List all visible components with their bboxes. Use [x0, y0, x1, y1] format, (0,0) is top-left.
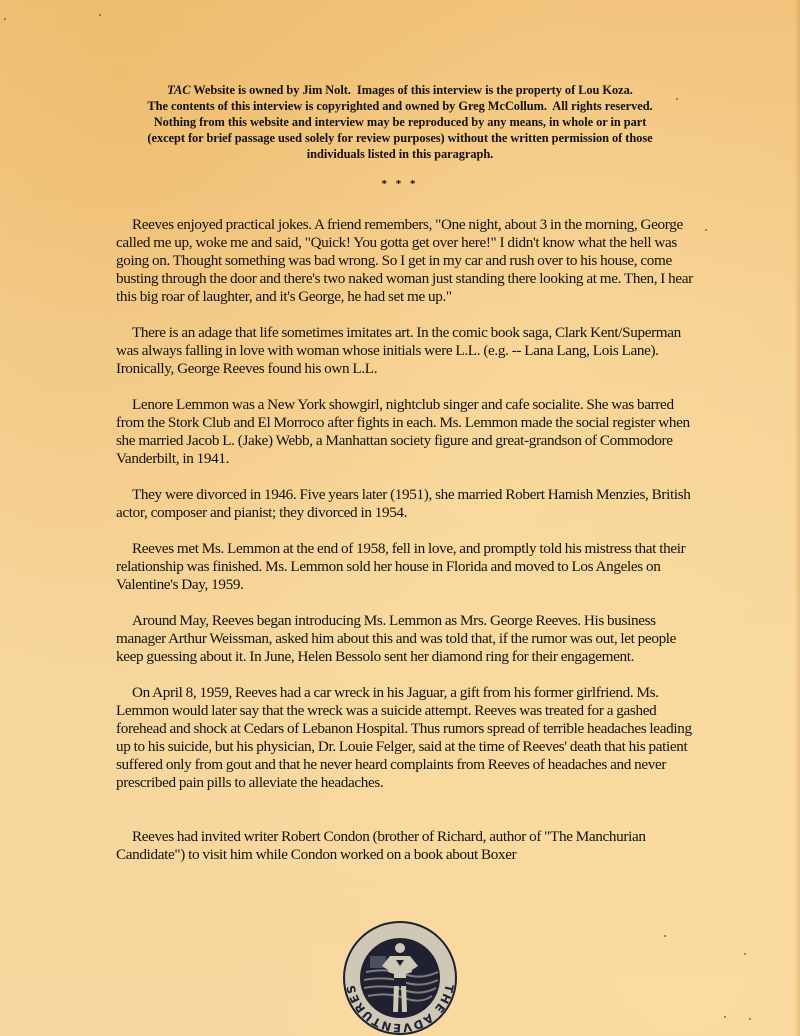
notice-line-4: (except for brief passage used solely fo… [120, 130, 680, 146]
paragraph-car-wreck: On April 8, 1959, Reeves had a car wreck… [116, 684, 696, 792]
paragraph-condon: Reeves had invited writer Robert Condon … [116, 828, 696, 864]
paper-speck [744, 953, 746, 955]
paper-speck [705, 229, 707, 231]
paper-speck [724, 1016, 726, 1018]
paper-speck [99, 14, 101, 16]
paragraph-practical-jokes: Reeves enjoyed practical jokes. A friend… [116, 216, 696, 306]
copyright-notice: TAC Website is owned by Jim Nolt. Images… [120, 82, 680, 162]
paper-edge-shadow [794, 0, 800, 1036]
paper-speck [749, 1018, 751, 1020]
notice-line-5: individuals listed in this paragraph. [120, 146, 680, 162]
paper-speck [4, 18, 6, 20]
adventures-continue-logo: THE ADVENTURES CONTINUE [342, 920, 458, 1036]
paragraph-lenore-lemmon: Lenore Lemmon was a New York showgirl, n… [116, 396, 696, 468]
article-body: Reeves enjoyed practical jokes. A friend… [116, 216, 696, 882]
section-separator: * * * [0, 178, 800, 190]
superman-figure-icon: THE ADVENTURES CONTINUE [342, 920, 458, 1036]
paper-speck [664, 935, 666, 937]
paragraph-adage: There is an adage that life sometimes im… [116, 324, 696, 378]
paragraph-divorces: They were divorced in 1946. Five years l… [116, 486, 696, 522]
tac-abbrev: TAC [167, 83, 190, 97]
paragraph-engagement: Around May, Reeves began introducing Ms.… [116, 612, 696, 666]
paragraph-met-lemmon: Reeves met Ms. Lemmon at the end of 1958… [116, 540, 696, 594]
notice-line-2: The contents of this interview is copyri… [120, 98, 680, 114]
notice-line-3: Nothing from this website and interview … [120, 114, 680, 130]
notice-line-1: TAC Website is owned by Jim Nolt. Images… [120, 82, 680, 98]
